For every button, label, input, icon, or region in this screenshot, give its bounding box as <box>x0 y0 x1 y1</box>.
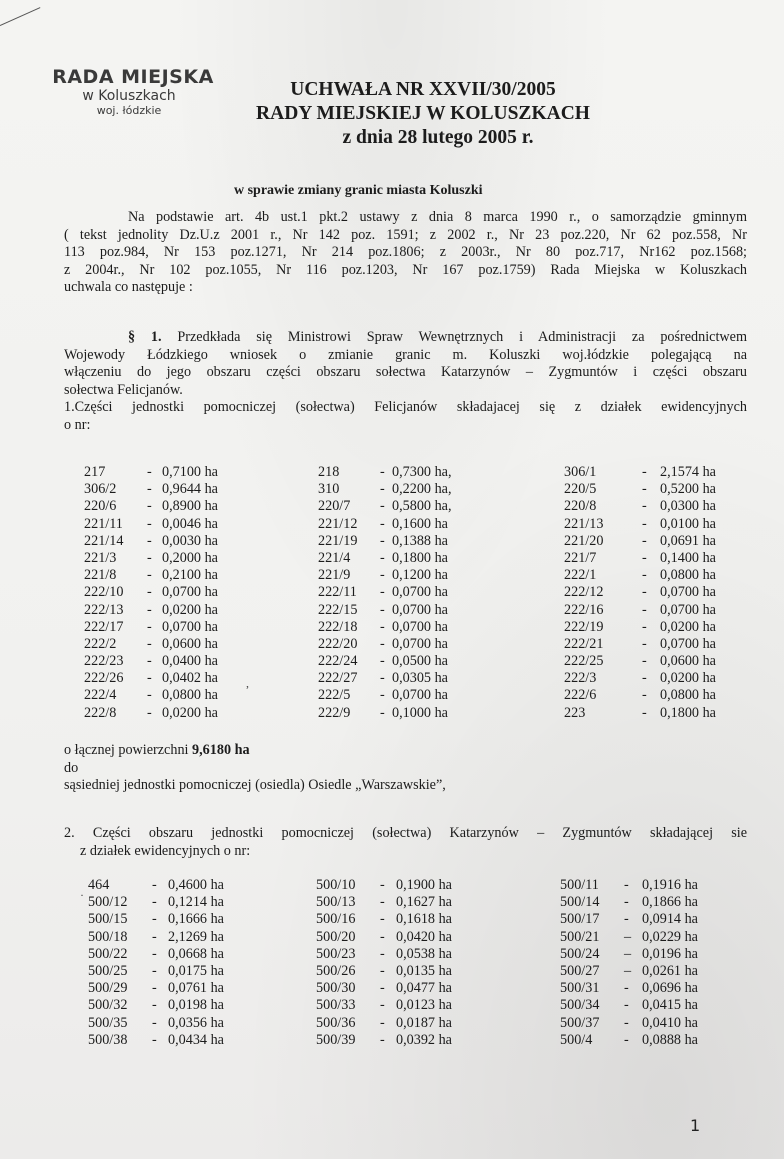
parcel-area: 0,0123 ha <box>396 997 452 1014</box>
parcel-separator: - <box>380 636 385 653</box>
parcel-number: 500/32 <box>88 997 127 1014</box>
parcel-area: 0,0700 ha <box>660 584 716 601</box>
parcel-area: 0,0691 ha <box>660 533 716 550</box>
parcel-area: 0,2000 ha <box>162 550 218 567</box>
parcel-number: 500/12 <box>88 894 127 911</box>
title-line-1: UCHWAŁA NR XXVII/30/2005 <box>218 78 628 102</box>
parcel-area: 0,0434 ha <box>168 1032 224 1049</box>
parcel-separator: - <box>380 550 385 567</box>
parcel-row: 500/29-0,0761 ha500/30-0,0477 ha500/31-0… <box>88 980 728 997</box>
parcel-area: 0,1400 ha <box>660 550 716 567</box>
parcel-number: 222/6 <box>564 687 596 704</box>
item-1-intro: o nr: <box>64 417 747 435</box>
parcel-number: 500/24 <box>560 946 599 963</box>
parcel-area: 0,0305 ha <box>392 670 448 687</box>
parcel-separator: - <box>380 705 385 722</box>
parcel-number: 222/20 <box>318 636 357 653</box>
item-1-to: do <box>64 760 446 778</box>
title-line-3: z dnia 28 lutego 2005 r. <box>218 126 628 150</box>
parcel-area: 0,0888 ha <box>642 1032 698 1049</box>
parcel-separator: - <box>380 602 385 619</box>
parcel-number: 222/27 <box>318 670 357 687</box>
parcel-separator: - <box>147 567 152 584</box>
parcel-area: 0,0229 ha <box>642 929 698 946</box>
parcel-area: 0,0415 ha <box>642 997 698 1014</box>
parcel-number: 500/31 <box>560 980 599 997</box>
item-1-target: sąsiedniej jednostki pomocniczej (osiedl… <box>64 777 446 795</box>
parcel-separator: - <box>642 653 647 670</box>
parcel-separator: - <box>624 980 629 997</box>
parcel-separator: - <box>624 894 629 911</box>
parcel-separator: - <box>152 963 157 980</box>
parcel-row: 220/6-0,8900 ha220/7-0,5800 ha,220/8-0,0… <box>84 498 724 515</box>
parcel-separator: - <box>147 516 152 533</box>
parcel-number: 222/10 <box>84 584 123 601</box>
parcel-separator: - <box>147 619 152 636</box>
parcel-row: 222/10-0,0700 ha222/11-0,0700 ha222/12-0… <box>84 584 724 601</box>
parcel-separator: - <box>380 584 385 601</box>
parcel-row: 221/14-0,0030 ha221/19-0,1388 ha221/20-0… <box>84 533 724 550</box>
parcel-separator: - <box>147 584 152 601</box>
parcel-row: 500/25-0,0175 ha500/26-0,0135 ha500/27–0… <box>88 963 728 980</box>
parcel-area: 0,0187 ha <box>396 1015 452 1032</box>
parcel-area: 0,0410 ha <box>642 1015 698 1032</box>
parcel-number: 222/3 <box>564 670 596 687</box>
resolution-subject: w sprawie zmiany granic miasta Koluszki <box>234 183 483 199</box>
parcel-area: 0,1666 ha <box>168 911 224 928</box>
stamp-line-3: woj. łódzkie <box>34 104 224 118</box>
parcel-separator: - <box>147 705 152 722</box>
parcel-area: 0,7100 ha <box>162 464 218 481</box>
parcel-number: 221/13 <box>564 516 603 533</box>
parcel-area: 0,0300 ha <box>660 498 716 515</box>
parcel-row: 500/35-0,0356 ha500/36-0,0187 ha500/37-0… <box>88 1015 728 1032</box>
council-stamp: RADA MIEJSKA w Koluszkach woj. łódzkie <box>44 66 234 118</box>
parcel-separator: - <box>152 877 157 894</box>
parcel-number: 500/13 <box>316 894 355 911</box>
parcel-separator: - <box>380 929 385 946</box>
parcel-area: 2,1269 ha <box>168 929 224 946</box>
parcel-number: 222/18 <box>318 619 357 636</box>
parcel-separator: - <box>624 911 629 928</box>
item-1-intro: 1.Części jednostki pomocniczej (sołectwa… <box>64 399 747 417</box>
parcel-separator: - <box>380 464 385 481</box>
parcel-row: 500/18-2,1269 ha500/20-0,0420 ha500/21–0… <box>88 929 728 946</box>
parcel-number: 500/27 <box>560 963 599 980</box>
item-1-summary: o łącznej powierzchni 9,6180 ha do sąsie… <box>64 742 446 795</box>
parcel-row: 500/22-0,0668 ha500/23-0,0538 ha500/24–0… <box>88 946 728 963</box>
parcel-row: 222/8-0,0200 ha222/9-0,1000 ha223-0,1800… <box>84 705 724 722</box>
parcel-list-felicjanow: 217-0,7100 ha218-0,7300 ha,306/1-2,1574 … <box>84 464 724 722</box>
section-1-line: włączeniu do jego obszaru części obszaru… <box>64 364 747 382</box>
parcel-separator: - <box>147 653 152 670</box>
parcel-area: 0,0200 ha <box>162 705 218 722</box>
total-area-value: 9,6180 ha <box>192 742 250 758</box>
section-1-heading: § 1. <box>128 329 162 345</box>
parcel-area: 0,1618 ha <box>396 911 452 928</box>
parcel-number: 222/8 <box>84 705 116 722</box>
parcel-separator: - <box>380 498 385 515</box>
parcel-number: 500/18 <box>88 929 127 946</box>
parcel-row: 500/15-0,1666 ha500/16-0,1618 ha500/17-0… <box>88 911 728 928</box>
parcel-number: 218 <box>318 464 339 481</box>
parcel-area: 0,0200 ha <box>660 619 716 636</box>
parcel-area: 0,0500 ha <box>392 653 448 670</box>
parcel-number: 222/13 <box>84 602 123 619</box>
parcel-row: 306/2-0,9644 ha310-0,2200 ha,220/5-0,520… <box>84 481 724 498</box>
parcel-separator: - <box>642 602 647 619</box>
parcel-area: 0,1200 ha <box>392 567 448 584</box>
parcel-area: 0,0400 ha <box>162 653 218 670</box>
preamble-line: ( tekst jednolity Dz.U.z 2001 r., Nr 142… <box>64 227 747 245</box>
parcel-separator: - <box>147 533 152 550</box>
parcel-number: 500/37 <box>560 1015 599 1032</box>
parcel-number: 221/4 <box>318 550 350 567</box>
parcel-separator: - <box>147 670 152 687</box>
parcel-separator: - <box>147 636 152 653</box>
parcel-number: 221/9 <box>318 567 350 584</box>
parcel-area: 0,0800 ha <box>660 567 716 584</box>
parcel-number: 223 <box>564 705 585 722</box>
parcel-area: 0,0700 ha <box>392 602 448 619</box>
page-number: 1 <box>690 1116 700 1135</box>
parcel-number: 222/11 <box>318 584 357 601</box>
parcel-area: 0,0700 ha <box>392 636 448 653</box>
parcel-separator: - <box>152 929 157 946</box>
parcel-number: 500/23 <box>316 946 355 963</box>
parcel-separator: - <box>380 687 385 704</box>
parcel-area: 0,0392 ha <box>396 1032 452 1049</box>
section-1-line: Wojewody Łódzkiego wniosek o zmianie gra… <box>64 347 747 365</box>
parcel-row: 221/11-0,0046 ha221/12-0,1600 ha221/13-0… <box>84 516 724 533</box>
parcel-area: 0,2200 ha, <box>392 481 452 498</box>
parcel-number: 222/21 <box>564 636 603 653</box>
parcel-number: 222/2 <box>84 636 116 653</box>
parcel-number: 500/10 <box>316 877 355 894</box>
parcel-area: 0,0200 ha <box>660 670 716 687</box>
parcel-area: 0,0261 ha <box>642 963 698 980</box>
parcel-separator: - <box>147 550 152 567</box>
parcel-number: 500/39 <box>316 1032 355 1049</box>
ink-speck: · <box>80 888 84 903</box>
parcel-row: 222/23-0,0400 ha222/24-0,0500 ha222/25-0… <box>84 653 724 670</box>
parcel-row: 222/4-0,0800 ha222/5-0,0700 ha222/6-0,08… <box>84 687 724 704</box>
parcel-separator: - <box>642 533 647 550</box>
parcel-separator: - <box>380 877 385 894</box>
parcel-number: 500/36 <box>316 1015 355 1032</box>
parcel-separator: - <box>380 670 385 687</box>
parcel-row: 222/13-0,0200 ha222/15-0,0700 ha222/16-0… <box>84 602 724 619</box>
parcel-separator: - <box>152 1015 157 1032</box>
parcel-area: 0,7300 ha, <box>392 464 452 481</box>
parcel-separator: - <box>147 602 152 619</box>
parcel-separator: - <box>380 963 385 980</box>
preamble-line: z 2004r., Nr 102 poz.1055, Nr 116 poz.12… <box>64 262 747 280</box>
parcel-separator: - <box>642 516 647 533</box>
resolution-title: UCHWAŁA NR XXVII/30/2005 RADY MIEJSKIEJ … <box>218 78 628 150</box>
parcel-row: 222/17-0,0700 ha222/18-0,0700 ha222/19-0… <box>84 619 724 636</box>
parcel-number: 500/17 <box>560 911 599 928</box>
parcel-area: 0,0600 ha <box>162 636 218 653</box>
parcel-area: 0,0700 ha <box>392 619 448 636</box>
parcel-area: 0,0700 ha <box>392 584 448 601</box>
parcel-area: 0,0700 ha <box>162 584 218 601</box>
parcel-area: 0,0800 ha <box>660 687 716 704</box>
parcel-separator: - <box>642 687 647 704</box>
parcel-separator: - <box>624 1032 629 1049</box>
parcel-number: 220/8 <box>564 498 596 515</box>
parcel-separator: - <box>152 911 157 928</box>
parcel-number: 500/30 <box>316 980 355 997</box>
parcel-number: 221/8 <box>84 567 116 584</box>
parcel-separator: – <box>624 946 631 963</box>
parcel-area: 0,0914 ha <box>642 911 698 928</box>
parcel-separator: - <box>147 481 152 498</box>
parcel-row: 500/12-0,1214 ha500/13-0,1627 ha500/14-0… <box>88 894 728 911</box>
document-page: RADA MIEJSKA w Koluszkach woj. łódzkie U… <box>0 0 784 1159</box>
parcel-area: 0,5200 ha <box>660 481 716 498</box>
parcel-separator: - <box>642 636 647 653</box>
parcel-separator: – <box>624 963 631 980</box>
parcel-number: 221/20 <box>564 533 603 550</box>
parcel-number: 220/5 <box>564 481 596 498</box>
stamp-line-1: RADA MIEJSKA <box>38 66 228 88</box>
parcel-number: 500/35 <box>88 1015 127 1032</box>
parcel-number: 222/12 <box>564 584 603 601</box>
parcel-separator: - <box>642 584 647 601</box>
ink-speck: , <box>246 676 249 691</box>
parcel-separator: - <box>380 619 385 636</box>
parcel-area: 0,0196 ha <box>642 946 698 963</box>
parcel-area: 0,0200 ha <box>162 602 218 619</box>
parcel-area: 0,1600 ha <box>392 516 448 533</box>
parcel-separator: - <box>380 894 385 911</box>
parcel-number: 306/2 <box>84 481 116 498</box>
parcel-number: 500/26 <box>316 963 355 980</box>
section-1: § 1. Przedkłada się Ministrowi Spraw Wew… <box>64 329 747 434</box>
parcel-area: 0,0175 ha <box>168 963 224 980</box>
parcel-separator: - <box>152 980 157 997</box>
parcel-separator: - <box>642 619 647 636</box>
parcel-area: 0,9644 ha <box>162 481 218 498</box>
parcel-separator: - <box>380 653 385 670</box>
parcel-number: 222/16 <box>564 602 603 619</box>
parcel-row: 464-0,4600 ha500/10-0,1900 ha500/11-0,19… <box>88 877 728 894</box>
parcel-number: 222/15 <box>318 602 357 619</box>
parcel-row: 500/32-0,0198 ha500/33-0,0123 ha500/34-0… <box>88 997 728 1014</box>
parcel-separator: - <box>624 997 629 1014</box>
parcel-number: 222/1 <box>564 567 596 584</box>
parcel-row: 222/26-0,0402 ha222/27-0,0305 ha222/3-0,… <box>84 670 724 687</box>
parcel-area: 0,1627 ha <box>396 894 452 911</box>
parcel-area: 0,0696 ha <box>642 980 698 997</box>
staple-mark <box>0 7 40 26</box>
parcel-number: 500/14 <box>560 894 599 911</box>
parcel-area: 0,5800 ha, <box>392 498 452 515</box>
parcel-separator: - <box>152 997 157 1014</box>
parcel-separator: - <box>152 894 157 911</box>
parcel-area: 0,1800 ha <box>392 550 448 567</box>
parcel-separator: - <box>380 567 385 584</box>
parcel-separator: - <box>624 1015 629 1032</box>
parcel-separator: - <box>642 498 647 515</box>
parcel-number: 221/14 <box>84 533 123 550</box>
section-1-line: sołectwa Felicjanów. <box>64 382 747 400</box>
parcel-number: 500/33 <box>316 997 355 1014</box>
parcel-number: 222/4 <box>84 687 116 704</box>
parcel-number: 310 <box>318 481 339 498</box>
parcel-row: 500/38-0,0434 ha500/39-0,0392 ha500/4-0,… <box>88 1032 728 1049</box>
parcel-separator: - <box>380 946 385 963</box>
parcel-area: 0,0800 ha <box>162 687 218 704</box>
parcel-area: 0,0420 ha <box>396 929 452 946</box>
parcel-area: 0,0100 ha <box>660 516 716 533</box>
total-area-label: o łącznej powierzchni <box>64 742 192 758</box>
parcel-separator: - <box>147 464 152 481</box>
parcel-area: 0,8900 ha <box>162 498 218 515</box>
parcel-separator: - <box>152 1032 157 1049</box>
parcel-area: 0,0700 ha <box>660 602 716 619</box>
parcel-number: 500/21 <box>560 929 599 946</box>
parcel-area: 0,0477 ha <box>396 980 452 997</box>
parcel-separator: – <box>624 929 631 946</box>
parcel-row: 221/3-0,2000 ha221/4-0,1800 ha221/7-0,14… <box>84 550 724 567</box>
parcel-separator: - <box>624 877 629 894</box>
parcel-area: 0,0668 ha <box>168 946 224 963</box>
parcel-number: 222/23 <box>84 653 123 670</box>
parcel-number: 220/6 <box>84 498 116 515</box>
parcel-number: 222/19 <box>564 619 603 636</box>
parcel-area: 0,1000 ha <box>392 705 448 722</box>
parcel-number: 222/9 <box>318 705 350 722</box>
parcel-number: 221/12 <box>318 516 357 533</box>
parcel-number: 217 <box>84 464 105 481</box>
parcel-area: 0,1388 ha <box>392 533 448 550</box>
parcel-separator: - <box>380 980 385 997</box>
parcel-number: 306/1 <box>564 464 596 481</box>
parcel-area: 0,0700 ha <box>392 687 448 704</box>
parcel-number: 500/16 <box>316 911 355 928</box>
parcel-number: 500/15 <box>88 911 127 928</box>
parcel-separator: - <box>380 516 385 533</box>
parcel-row: 217-0,7100 ha218-0,7300 ha,306/1-2,1574 … <box>84 464 724 481</box>
parcel-separator: - <box>380 997 385 1014</box>
parcel-number: 500/38 <box>88 1032 127 1049</box>
stamp-line-2: w Koluszkach <box>34 88 224 104</box>
parcel-number: 222/25 <box>564 653 603 670</box>
parcel-separator: - <box>380 481 385 498</box>
parcel-separator: - <box>152 946 157 963</box>
parcel-number: 222/17 <box>84 619 123 636</box>
parcel-number: 500/34 <box>560 997 599 1014</box>
parcel-number: 500/11 <box>560 877 599 894</box>
parcel-separator: - <box>147 687 152 704</box>
parcel-area: 0,1866 ha <box>642 894 698 911</box>
parcel-number: 221/3 <box>84 550 116 567</box>
parcel-separator: - <box>642 550 647 567</box>
parcel-area: 2,1574 ha <box>660 464 716 481</box>
parcel-separator: - <box>380 533 385 550</box>
preamble: Na podstawie art. 4b ust.1 pkt.2 ustawy … <box>64 209 747 297</box>
parcel-area: 0,1214 ha <box>168 894 224 911</box>
parcel-area: 0,0198 ha <box>168 997 224 1014</box>
parcel-area: 0,2100 ha <box>162 567 218 584</box>
section-1-line: Przedkłada się Ministrowi Spraw Wewnętrz… <box>162 329 747 345</box>
parcel-number: 220/7 <box>318 498 350 515</box>
parcel-separator: - <box>642 567 647 584</box>
parcel-area: 0,0402 ha <box>162 670 218 687</box>
parcel-number: 500/25 <box>88 963 127 980</box>
parcel-area: 0,1900 ha <box>396 877 452 894</box>
parcel-separator: - <box>380 1032 385 1049</box>
parcel-area: 0,1916 ha <box>642 877 698 894</box>
item-2-intro: 2. Części obszaru jednostki pomocniczej … <box>64 825 747 860</box>
preamble-line: uchwala co następuje : <box>64 279 747 297</box>
parcel-area: 0,0538 ha <box>396 946 452 963</box>
parcel-separator: - <box>642 670 647 687</box>
parcel-area: 0,0046 ha <box>162 516 218 533</box>
parcel-separator: - <box>642 464 647 481</box>
parcel-area: 0,0135 ha <box>396 963 452 980</box>
parcel-separator: - <box>642 481 647 498</box>
preamble-line: 113 poz.984, Nr 153 poz.1271, Nr 214 poz… <box>64 244 747 262</box>
parcel-separator: - <box>147 498 152 515</box>
parcel-area: 0,0700 ha <box>162 619 218 636</box>
parcel-number: 222/24 <box>318 653 357 670</box>
preamble-line: Na podstawie art. 4b ust.1 pkt.2 ustawy … <box>64 209 747 227</box>
parcel-area: 0,1800 ha <box>660 705 716 722</box>
parcel-number: 500/4 <box>560 1032 592 1049</box>
parcel-number: 221/7 <box>564 550 596 567</box>
parcel-number: 500/29 <box>88 980 127 997</box>
parcel-list-katarzynow: 464-0,4600 ha500/10-0,1900 ha500/11-0,19… <box>88 877 728 1049</box>
parcel-number: 222/26 <box>84 670 123 687</box>
parcel-number: 221/11 <box>84 516 123 533</box>
parcel-number: 500/20 <box>316 929 355 946</box>
parcel-row: 221/8-0,2100 ha221/9-0,1200 ha222/1-0,08… <box>84 567 724 584</box>
parcel-area: 0,0700 ha <box>660 636 716 653</box>
parcel-area: 0,0356 ha <box>168 1015 224 1032</box>
parcel-number: 464 <box>88 877 109 894</box>
parcel-area: 0,0600 ha <box>660 653 716 670</box>
parcel-area: 0,0761 ha <box>168 980 224 997</box>
parcel-row: 222/2-0,0600 ha222/20-0,0700 ha222/21-0,… <box>84 636 724 653</box>
parcel-separator: - <box>642 705 647 722</box>
title-line-2: RADY MIEJSKIEJ W KOLUSZKACH <box>218 102 628 126</box>
parcel-number: 500/22 <box>88 946 127 963</box>
parcel-separator: - <box>380 1015 385 1032</box>
parcel-separator: - <box>380 911 385 928</box>
parcel-area: 0,4600 ha <box>168 877 224 894</box>
parcel-number: 221/19 <box>318 533 357 550</box>
parcel-number: 222/5 <box>318 687 350 704</box>
parcel-area: 0,0030 ha <box>162 533 218 550</box>
